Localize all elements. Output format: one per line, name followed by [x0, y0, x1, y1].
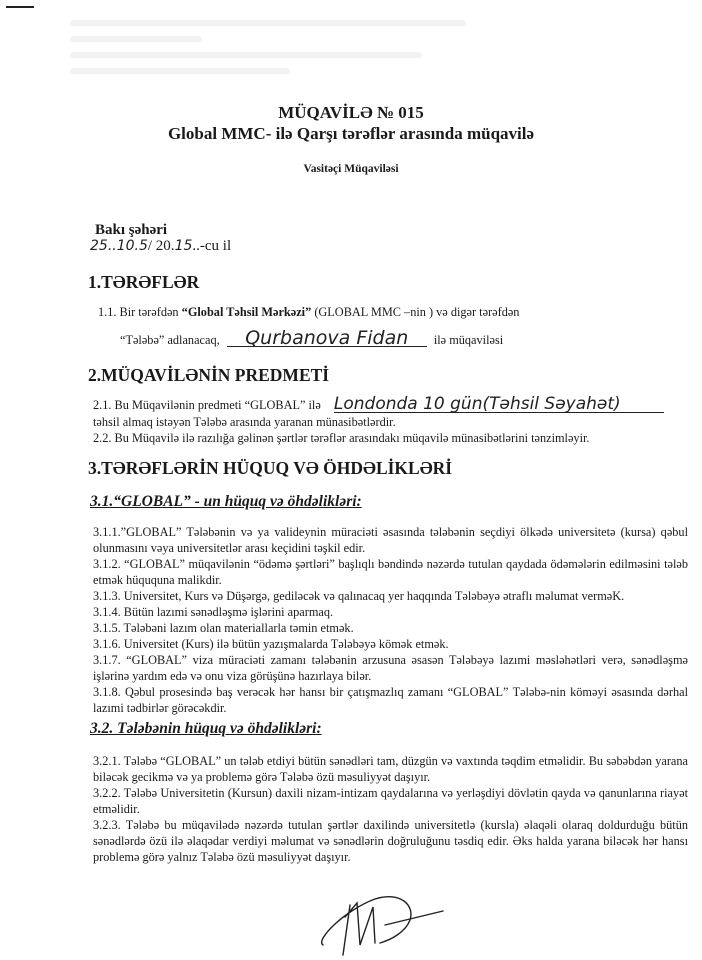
bleed-through-text — [70, 10, 510, 90]
clause-1-1: 1.1. Bir tərəfdən “Global Təhsil Mərkəzi… — [98, 304, 519, 320]
list-item: 3.1.4. Bütün lazımi sənədləşmə işlərini … — [93, 604, 688, 620]
list-item: 3.2.2. Tələbə Universitetin (Kursun) dax… — [93, 785, 688, 817]
subsection-heading-student: 3.2. Tələbənin hüquq və öhdəlikləri: — [90, 720, 322, 738]
contract-date: 25..10.5/ 20.15..-cu il — [90, 238, 231, 255]
list-item: 3.1.7. “GLOBAL” viza müraciəti zamanı tə… — [93, 652, 688, 684]
clause-2-1-cont: təhsil almaq istəyən Tələbə arasında yar… — [93, 414, 396, 430]
section-heading-parties: 1.TƏRƏFLƏR — [88, 272, 199, 293]
signature-icon — [305, 885, 455, 960]
list-item: 3.1.3. Universitet, Kurs və Düşərgə, ged… — [93, 588, 688, 604]
list-item: 3.1.2. “GLOBAL” müqavilənin “ödəmə şərtl… — [93, 556, 688, 588]
clause-2-2: 2.2. Bu Müqavilə ilə razılığa gəlinən şə… — [93, 430, 590, 446]
contract-title: MÜQAVİLƏ № 015 — [0, 103, 702, 123]
list-item: 3.1.8. Qəbul prosesində baş verəcək hər … — [93, 684, 688, 716]
section-heading-subject: 2.MÜQAVİLƏNİN PREDMETİ — [88, 365, 329, 386]
section-heading-rights: 3.TƏRƏFLƏRİN HÜQUQ VƏ ÖHDƏLİKLƏRİ — [88, 458, 452, 479]
list-item: 3.1.5. Tələbəni lazım olan materiallarla… — [93, 620, 688, 636]
clause-2-1: 2.1. Bu Müqavilənin predmeti “GLOBAL” il… — [93, 396, 702, 413]
contract-subject-field: Londonda 10 gün(Təhsil Səyahət) — [334, 396, 664, 413]
year-handwritten: 15 — [175, 238, 193, 254]
clause-1-1-student: “Tələbə” adlanacaq, Qurbanova Fidan ilə … — [120, 330, 503, 348]
contract-subtitle-line: Global MMC- ilə Qarşı tərəflər arasında … — [0, 124, 702, 144]
global-obligations-list: 3.1.1.”GLOBAL” Tələbənin və ya valideyni… — [93, 524, 688, 716]
subsection-heading-global: 3.1.“GLOBAL” - un hüquq və öhdəlikləri: — [90, 493, 362, 511]
date-handwritten: 25..10.5 — [90, 238, 148, 254]
corner-mark — [6, 6, 34, 8]
list-item: 3.2.1. Tələbə “GLOBAL” un tələb etdiyi b… — [93, 753, 688, 785]
list-item: 3.2.3. Tələbə bu müqavilədə nəzərdə tutu… — [93, 817, 688, 865]
student-name-field: Qurbanova Fidan — [227, 330, 427, 347]
list-item: 3.1.6. Universitet (Kurs) ilə bütün yazı… — [93, 636, 688, 652]
contract-type: Vasitəçi Müqaviləsi — [0, 163, 702, 175]
student-obligations-list: 3.2.1. Tələbə “GLOBAL” un tələb etdiyi b… — [93, 753, 688, 865]
city: Bakı şəhəri — [95, 222, 167, 239]
list-item: 3.1.1.”GLOBAL” Tələbənin və ya valideyni… — [93, 524, 688, 556]
